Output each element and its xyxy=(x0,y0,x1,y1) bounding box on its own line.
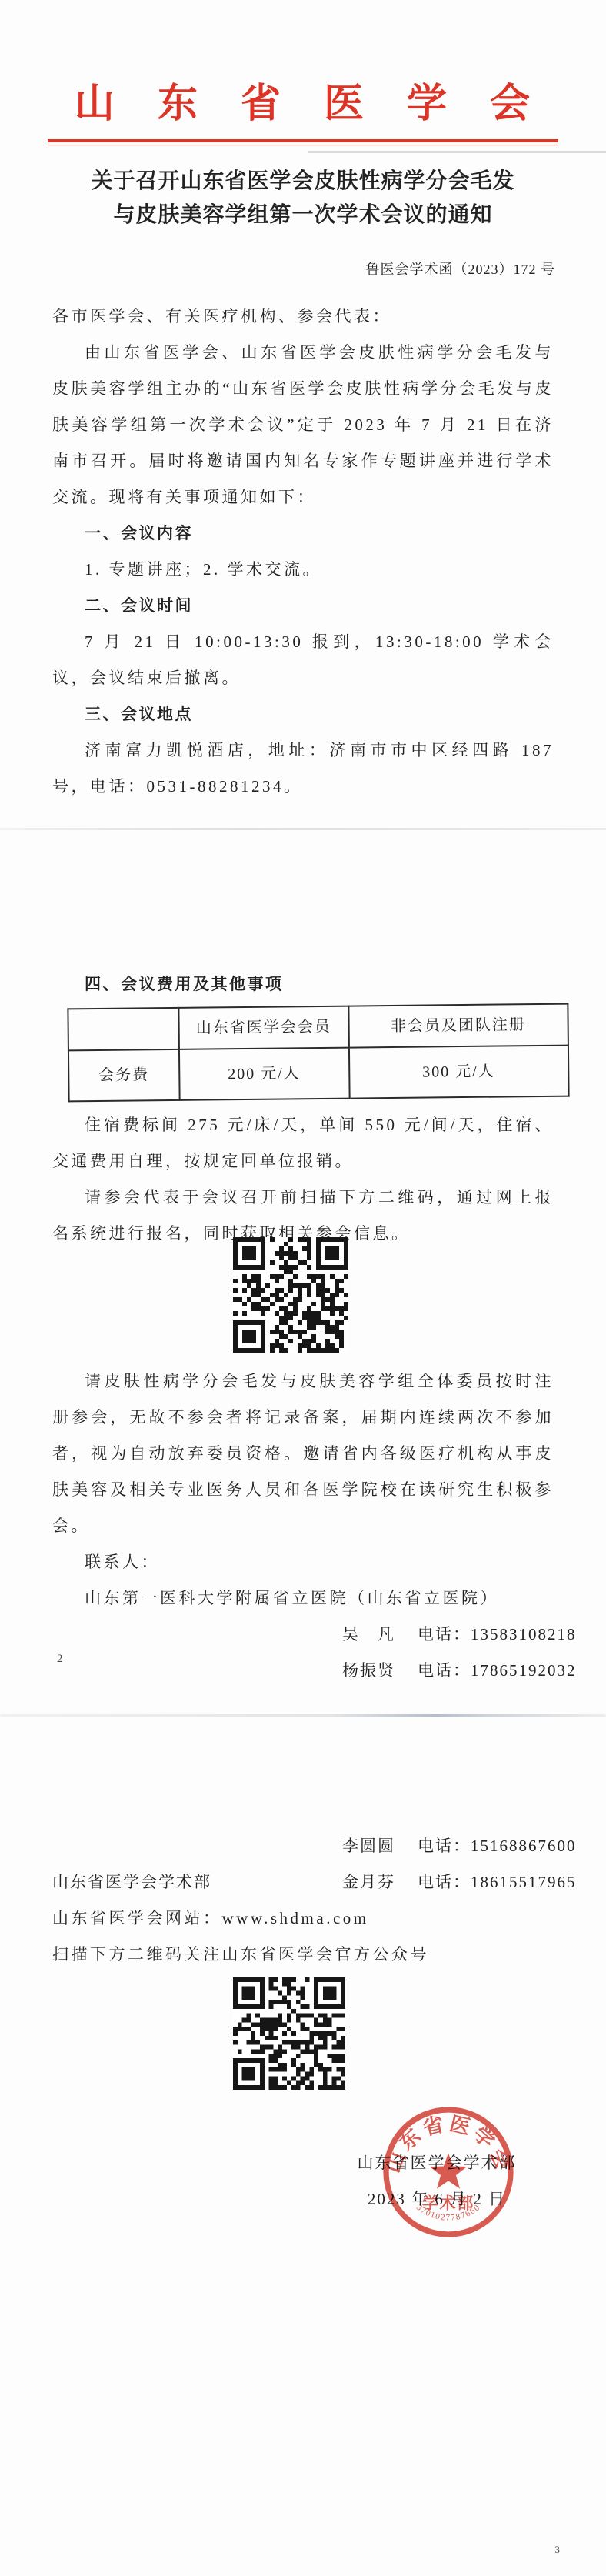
contact-row-liyuanyuan: 李圆圆 电话： 15168867600 xyxy=(342,1828,554,1864)
contact-name: 金月芬 xyxy=(342,1864,405,1900)
dept-contact-line: 山东省医学会学术部 金月芬 电话： 18615517965 xyxy=(52,1864,554,1900)
document-number: 鲁医会学术函（2023）172 号 xyxy=(366,259,556,279)
notice-title-line2: 与皮肤美容学组第一次学术会议的通知 xyxy=(0,199,606,232)
seal-star-icon xyxy=(430,2153,467,2188)
contact-name: 吴 凡 xyxy=(342,1617,405,1653)
contact-phone: 15168867600 xyxy=(471,1828,577,1864)
website-line: 山东省医学会网站：www.shdma.com xyxy=(52,1900,554,1937)
section2-heading: 二、会议时间 xyxy=(52,588,554,624)
page-boundary-1 xyxy=(0,828,606,830)
masthead-rule xyxy=(48,139,558,145)
intro-paragraph: 由山东省医学会、山东省医学会皮肤性病学分会毛发与皮肤美容学组主办的“山东省医学会… xyxy=(52,335,554,516)
section3-body: 济南富力凯悦酒店，地址：济南市市中区经四路 187 号，电话：0531-8828… xyxy=(52,732,554,805)
contacts-label: 联系人： xyxy=(52,1544,554,1580)
page1-body: 各市医学会、有关医疗机构、参会代表： 由山东省医学会、山东省医学会皮肤性病学分会… xyxy=(52,299,554,805)
phone-label: 电话： xyxy=(418,1864,471,1900)
lodging-paragraph: 住宿费标间 275 元/床/天，单间 550 元/间/天，住宿、交通费用自理，按… xyxy=(52,1107,554,1180)
phone-label: 电话： xyxy=(418,1617,471,1653)
fee-table-row-label: 会务费 xyxy=(68,1049,180,1102)
page2-body-top: 四、会议费用及其他事项 山东省医学会会员 非会员及团队注册 会务费 200 元/… xyxy=(52,966,554,1252)
salutation: 各市医学会、有关医疗机构、参会代表： xyxy=(52,299,554,335)
section1-heading: 一、会议内容 xyxy=(52,516,554,552)
contact-row-wufan: 吴 凡 电话： 13583108218 xyxy=(342,1617,554,1653)
official-seal-stamp: 山东省医学会 学术部 3701027787660 xyxy=(378,2102,518,2242)
fee-table: 山东省医学会会员 非会员及团队注册 会务费 200 元/人 300 元/人 xyxy=(67,1003,569,1103)
org-masthead: 山 东 省 医 学 会 xyxy=(0,71,606,128)
phone-label: 电话： xyxy=(418,1828,471,1864)
contact-phone: 17865192032 xyxy=(471,1653,577,1689)
fee-nonmember-value: 300 元/人 xyxy=(348,1046,568,1099)
section3-heading: 三、会议地点 xyxy=(52,696,554,732)
fee-table-header-member: 山东省医学会会员 xyxy=(178,1006,348,1049)
page2-body-bottom: 请皮肤性病学分会毛发与皮肤美容学组全体委员按时注册参会，无故不参会者将记录备案，… xyxy=(52,1363,554,1689)
dept-name: 山东省医学会学术部 xyxy=(52,1864,342,1900)
section1-body: 1. 专题讲座；2. 学术交流。 xyxy=(52,552,554,588)
wechat-official-account-qr-code xyxy=(233,1977,345,2090)
fee-member-value: 200 元/人 xyxy=(179,1048,349,1100)
page-number-2: 2 xyxy=(57,1653,63,1666)
fee-table-corner-cell xyxy=(68,1008,178,1051)
contact-row-yangzhenxian: 杨振贤 电话： 17865192032 xyxy=(342,1653,554,1689)
committee-notice-paragraph: 请皮肤性病学分会毛发与皮肤美容学组全体委员按时注册参会，无故不参会者将记录备案，… xyxy=(52,1363,554,1544)
scan-edge-artifact xyxy=(308,151,606,153)
phone-label: 电话： xyxy=(418,1653,471,1689)
page-boundary-2 xyxy=(0,1714,606,1717)
contact-name: 杨振贤 xyxy=(342,1653,405,1689)
fee-table-header-nonmember: 非会员及团队注册 xyxy=(348,1004,568,1048)
contact-phone: 13583108218 xyxy=(471,1617,577,1653)
notice-title: 关于召开山东省医学会皮肤性病学分会毛发 与皮肤美容学组第一次学术会议的通知 xyxy=(0,165,606,232)
section4-heading: 四、会议费用及其他事项 xyxy=(52,966,554,1003)
contact-phone: 18615517965 xyxy=(471,1864,577,1900)
section2-body: 7 月 21 日 10:00-13:30 报到，13:30-18:00 学术会议… xyxy=(52,624,554,696)
notice-title-line1: 关于召开山东省医学会皮肤性病学分会毛发 xyxy=(0,165,606,199)
page3-body: 李圆圆 电话： 15168867600 山东省医学会学术部 金月芬 电话： 18… xyxy=(52,1828,554,1973)
contact-name: 李圆圆 xyxy=(342,1828,405,1864)
registration-qr-code xyxy=(233,1237,348,1353)
scanned-notice-document: 山 东 省 医 学 会 关于召开山东省医学会皮肤性病学分会毛发 与皮肤美容学组第… xyxy=(0,0,606,2576)
page-number-3: 3 xyxy=(555,2544,561,2556)
hospital-name: 山东第一医科大学附属省立医院（山东省立医院） xyxy=(52,1580,554,1617)
qr-caption: 扫描下方二维码关注山东省医学会官方公众号 xyxy=(52,1937,554,1973)
